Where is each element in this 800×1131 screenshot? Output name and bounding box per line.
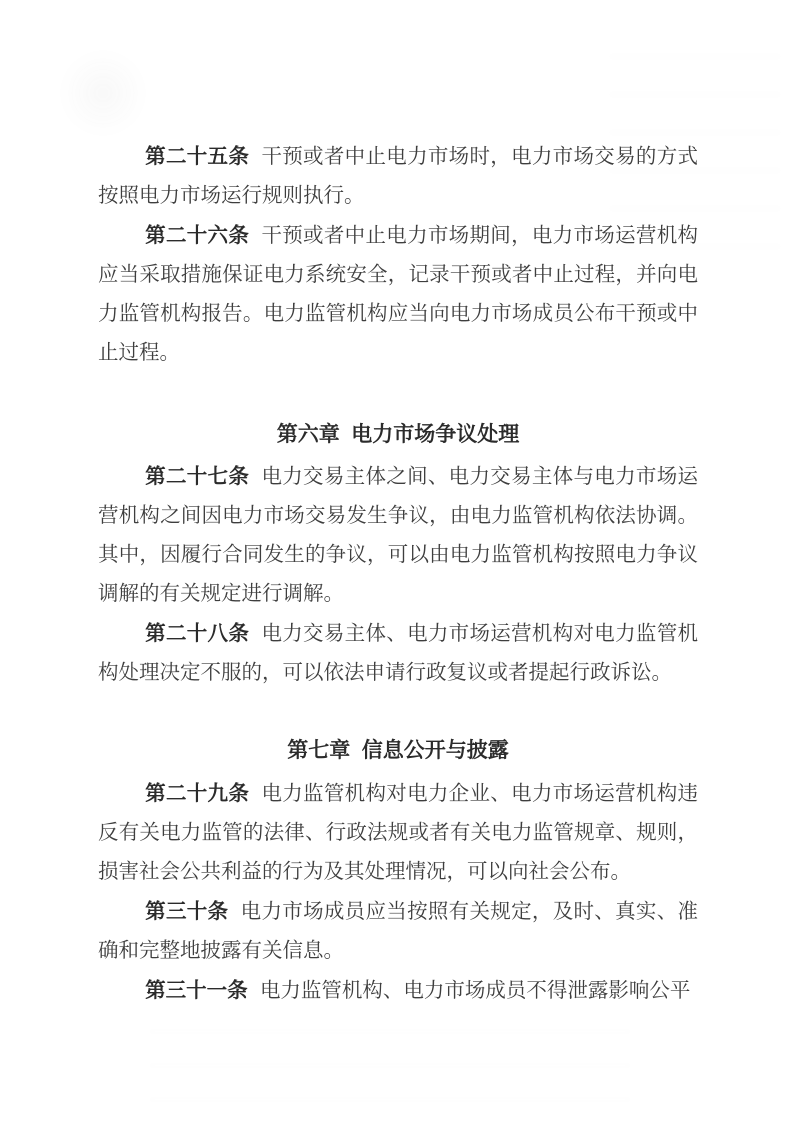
chapter-title: 电力市场争议处理 xyxy=(351,423,519,446)
chapter-number: 第六章 xyxy=(277,423,340,446)
chapter-number: 第七章 xyxy=(287,739,350,762)
article-paragraph-27: 第二十七条电力交易主体之间、电力交易主体与电力市场运营机构之间因电力市场交易发生… xyxy=(98,457,698,614)
article-number: 第二十六条 xyxy=(145,224,249,247)
article-number: 第二十七条 xyxy=(145,465,249,488)
article-number: 第三十一条 xyxy=(145,979,248,1002)
article-paragraph-30: 第三十条电力市场成员应当按照有关规定，及时、真实、准确和完整地披露有关信息。 xyxy=(98,892,698,971)
article-number: 第三十条 xyxy=(145,900,228,923)
article-paragraph-28: 第二十八条电力交易主体、电力市场运营机构对电力监管机构处理决定不服的，可以依法申… xyxy=(98,614,698,693)
article-number: 第二十八条 xyxy=(145,622,249,645)
page-body: 第二十五条干预或者中止电力市场时，电力市场交易的方式按照电力市场运行规则执行。 … xyxy=(0,0,800,1011)
article-number: 第二十五条 xyxy=(145,145,249,168)
article-text: 电力监管机构、电力市场成员不得泄露影响公平 xyxy=(260,980,691,1002)
article-number: 第二十九条 xyxy=(145,782,249,805)
article-paragraph-26: 第二十六条干预或者中止电力市场期间，电力市场运营机构应当采取措施保证电力系统安全… xyxy=(98,216,698,373)
chapter-heading-7: 第七章信息公开与披露 xyxy=(98,731,698,770)
article-paragraph-31: 第三十一条电力监管机构、电力市场成员不得泄露影响公平 xyxy=(98,971,698,1011)
document-page: 第二十五条干预或者中止电力市场时，电力市场交易的方式按照电力市场运行规则执行。 … xyxy=(0,0,800,1131)
chapter-title: 信息公开与披露 xyxy=(362,739,509,762)
scan-bleedthrough-artifact xyxy=(150,1030,630,1120)
chapter-heading-6: 第六章电力市场争议处理 xyxy=(98,415,698,454)
article-paragraph-29: 第二十九条电力监管机构对电力企业、电力市场运营机构违反有关电力监管的法律、行政法… xyxy=(98,774,698,892)
article-paragraph-25: 第二十五条干预或者中止电力市场时，电力市场交易的方式按照电力市场运行规则执行。 xyxy=(98,137,698,216)
